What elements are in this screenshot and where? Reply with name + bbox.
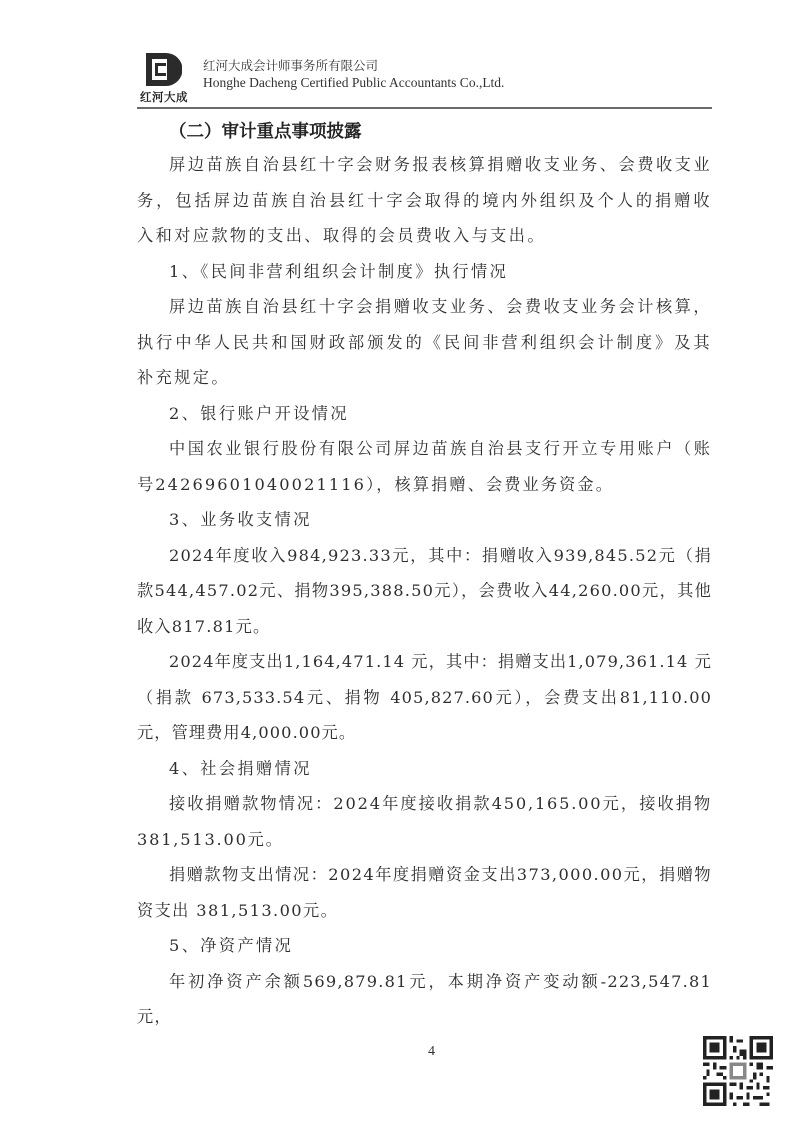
item-heading-4: 4、社会捐赠情况: [137, 751, 712, 787]
section-intro: 屏边苗族自治县红十字会财务报表核算捐赠收支业务、会费收支业务，包括屏边苗族自治县…: [137, 147, 712, 254]
item-paragraph-2-1: 中国农业银行股份有限公司屏边苗族自治县支行开立专用账户（账号2426960104…: [137, 431, 712, 502]
item-heading-3: 3、业务收支情况: [137, 502, 712, 538]
header-divider: [137, 107, 712, 109]
company-name: 红河大成会计师事务所有限公司 Honghe Dacheng Certified …: [203, 58, 504, 91]
item-heading-1: 1、《民间非营利组织会计制度》执行情况: [137, 254, 712, 290]
dc-logo-icon: [146, 53, 182, 86]
document-body: （二）审计重点事项披露 屏边苗族自治县红十字会财务报表核算捐赠收支业务、会费收支…: [137, 117, 712, 1035]
item-paragraph-4-2: 捐赠款物支出情况：2024年度捐赠资金支出373,000.00元，捐赠物资支出 …: [137, 857, 712, 928]
company-logo: 红河大成: [137, 48, 191, 106]
item-paragraph-5-1: 年初净资产余额569,879.81元，本期净资产变动额-223,547.81元，: [137, 964, 712, 1035]
logo-text: 红河大成: [137, 89, 191, 105]
item-heading-5: 5、净资产情况: [137, 928, 712, 964]
section-title: （二）审计重点事项披露: [169, 117, 712, 147]
item-paragraph-4-1: 接收捐赠款物情况：2024年度接收捐款450,165.00元，接收捐物381,5…: [137, 786, 712, 857]
item-paragraph-3-2: 2024年度支出1,164,471.14 元，其中：捐赠支出1,079,361.…: [137, 644, 712, 751]
item-paragraph-3-1: 2024年度收入984,923.33元，其中：捐赠收入939,845.52元（捐…: [137, 538, 712, 645]
company-name-cn: 红河大成会计师事务所有限公司: [203, 58, 504, 74]
company-name-en: Honghe Dacheng Certified Public Accounta…: [203, 74, 504, 91]
item-heading-2: 2、银行账户开设情况: [137, 396, 712, 432]
page-number: 4: [428, 1044, 435, 1060]
item-paragraph-1-1: 屏边苗族自治县红十字会捐赠收支业务、会费收支业务会计核算，执行中华人民共和国财政…: [137, 289, 712, 396]
qr-code-icon: [703, 1036, 773, 1106]
letterhead: 红河大成 红河大成会计师事务所有限公司 Honghe Dacheng Certi…: [137, 48, 712, 106]
